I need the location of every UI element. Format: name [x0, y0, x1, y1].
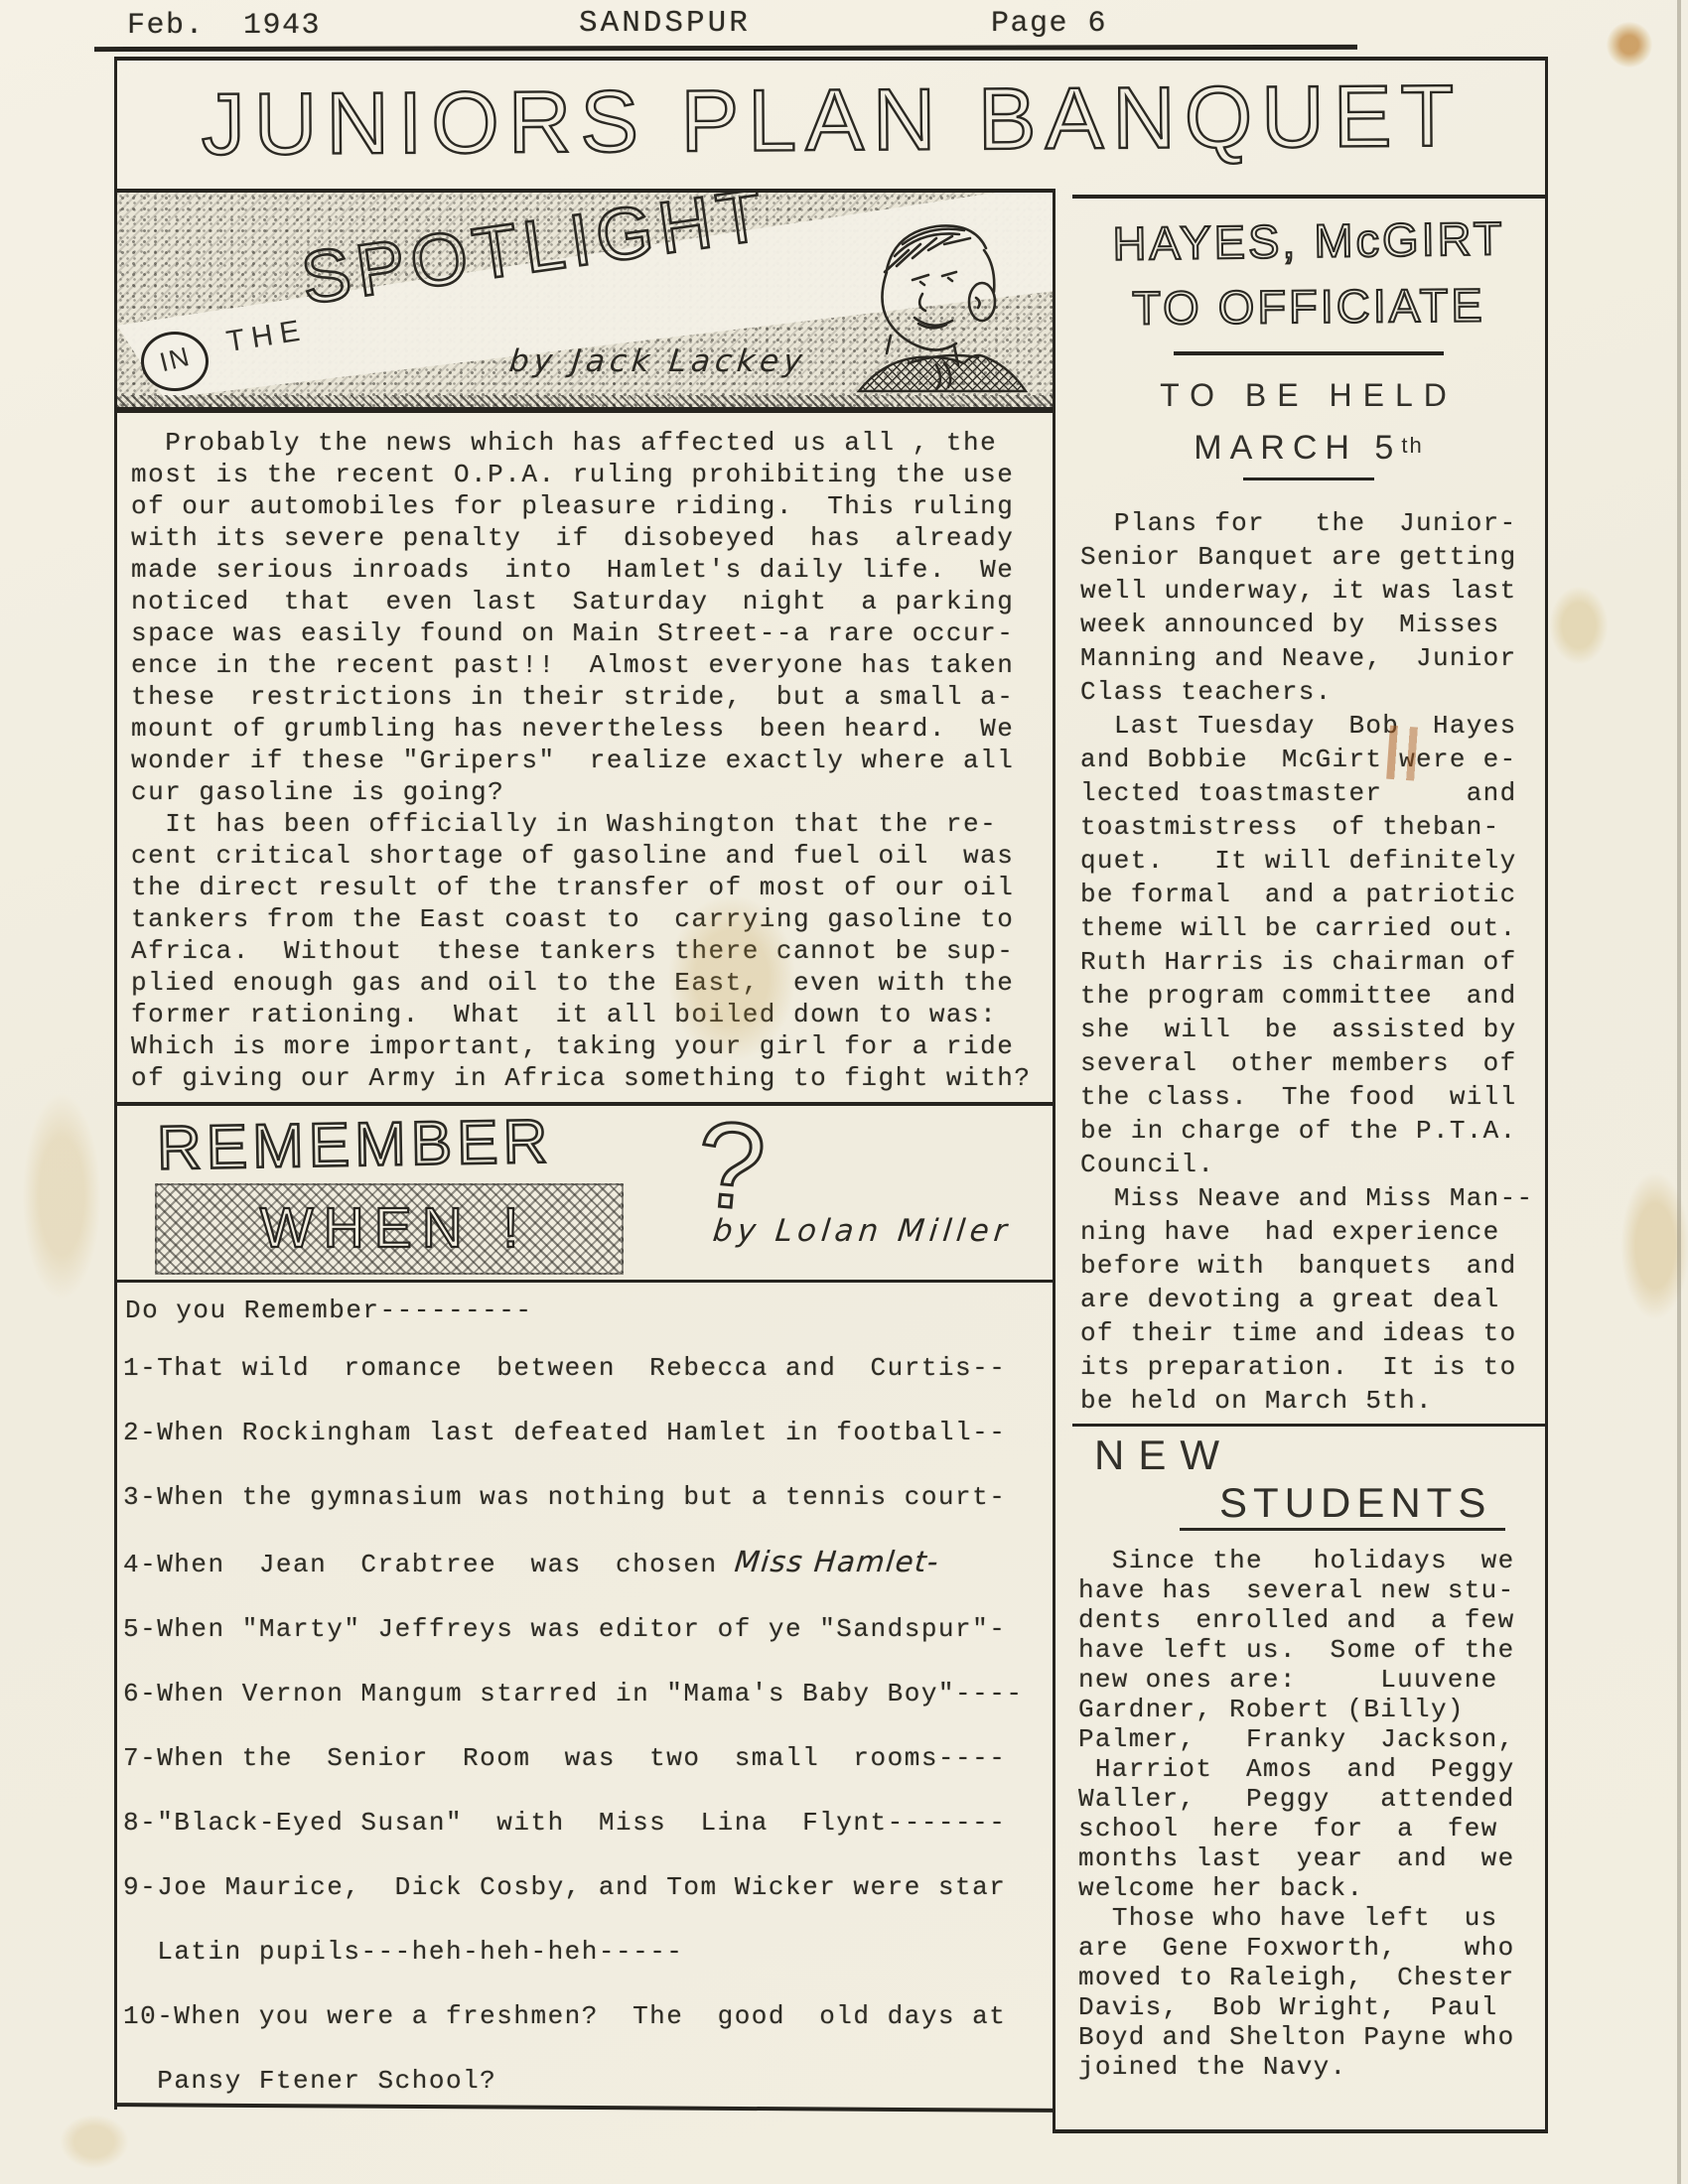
when-word: WHEN	[260, 1196, 473, 1260]
new-students-top-rule	[1072, 1424, 1545, 1427]
spotlight-source-oval: IN	[141, 332, 209, 391]
remember-intro: Do you Remember---------	[117, 1283, 1053, 1326]
right-top-rule	[1072, 195, 1545, 199]
exclamation-mark: !	[502, 1196, 518, 1260]
subhead-date-main: MARCH 5	[1194, 429, 1401, 467]
list-item-typed-part: 4-When Jean Crabtree was chosen	[123, 1550, 735, 1579]
date-underline-rule	[1243, 478, 1374, 480]
subhead-to-be-held: TO BE HELD	[1072, 375, 1545, 415]
list-item: 6-When Vernon Mangum starred in "Mama's …	[123, 1678, 1053, 1709]
right-column: HAYES, McGIRT TO OFFICIATE TO BE HELD MA…	[1072, 189, 1545, 2132]
stain-left-edge	[22, 1092, 101, 1300]
spotlight-floor-strip	[117, 395, 1053, 407]
new-students-heading-row: STUDENTS	[1180, 1478, 1545, 1538]
list-item-continuation: Latin pupils---heh-heh-heh-----	[123, 1936, 1053, 1968]
cartoon-boy-face	[825, 206, 1039, 393]
newspaper-page: Feb. 1943 SANDSPUR Page 6 JUNIORS PLAN B…	[0, 0, 1688, 2184]
scan-edge-line	[1677, 0, 1681, 2184]
list-item: 3-When the gymnasium was nothing but a t…	[123, 1481, 1053, 1513]
issue-date: Feb. 1943	[127, 10, 321, 42]
column-divider	[1053, 189, 1055, 2132]
remember-byline: by Lolan Miller	[711, 1213, 1013, 1249]
spotlight-banner: IN THE SPOTLIGHT by Jack Lackey	[117, 189, 1053, 413]
page-number: Page 6	[991, 8, 1107, 40]
remember-when-banner: REMEMBER ? WHEN ! by Lolan Miller	[117, 1106, 1053, 1280]
banquet-headline-line1: HAYES, McGIRT	[1072, 209, 1546, 274]
list-item-handwritten-part: Miss Hamlet-	[733, 1546, 940, 1577]
new-students-article: Since the holidays we have has several n…	[1072, 1546, 1545, 2082]
banquet-article: Plans for the Junior- Senior Banquet are…	[1072, 506, 1545, 1418]
spotlight-title-in: IN	[154, 332, 196, 387]
spotlight-byline: by Jack Lackey	[507, 343, 808, 379]
list-item: 8-"Black-Eyed Susan" with Miss Lina Flyn…	[123, 1807, 1053, 1839]
new-students-heading-word1: NEW	[1094, 1433, 1545, 1478]
list-item: 5-When "Marty" Jeffreys was editor of ye…	[123, 1613, 1053, 1645]
left-column: IN THE SPOTLIGHT by Jack Lackey	[117, 189, 1053, 2110]
header-rule	[94, 45, 1357, 52]
remember-list: 1-That wild romance between Rebecca and …	[117, 1326, 1053, 2097]
list-item: 10-When you were a freshmen? The good ol…	[123, 2000, 1053, 2032]
new-students-heading-word2: STUDENTS	[1180, 1479, 1505, 1531]
list-item: 7-When the Senior Room was two small roo…	[123, 1742, 1053, 1774]
masthead-title: SANDSPUR	[579, 8, 751, 40]
headline-underline-rule	[1174, 351, 1444, 355]
subhead-date: MARCH 5th	[1072, 425, 1545, 476]
main-headline: JUNIORS PLAN BANQUET	[117, 57, 1548, 184]
list-item: 9-Joe Maurice, Dick Cosby, and Tom Wicke…	[123, 1871, 1053, 1903]
list-item-with-handwriting: 4-When Jean Crabtree was chosen Miss Ham…	[123, 1546, 1053, 1580]
when-box: WHEN !	[155, 1183, 624, 1275]
list-item: 2-When Rockingham last defeated Hamlet i…	[123, 1417, 1053, 1448]
remember-word: REMEMBER	[156, 1107, 552, 1184]
stain-right-mid	[1549, 586, 1609, 665]
subhead-date-suffix: th	[1401, 433, 1423, 458]
list-item: 1-That wild romance between Rebecca and …	[123, 1352, 1053, 1384]
list-item-continuation: Pansy Ftener School?	[123, 2065, 1053, 2097]
spotlight-article: Probably the news which has affected us …	[117, 413, 1053, 1094]
banquet-headline-line2: TO OFFICIATE	[1072, 276, 1545, 338]
stain-top-right	[1607, 22, 1652, 68]
stain-bottom-left	[60, 2115, 129, 2169]
box-right-border	[1545, 57, 1548, 2133]
